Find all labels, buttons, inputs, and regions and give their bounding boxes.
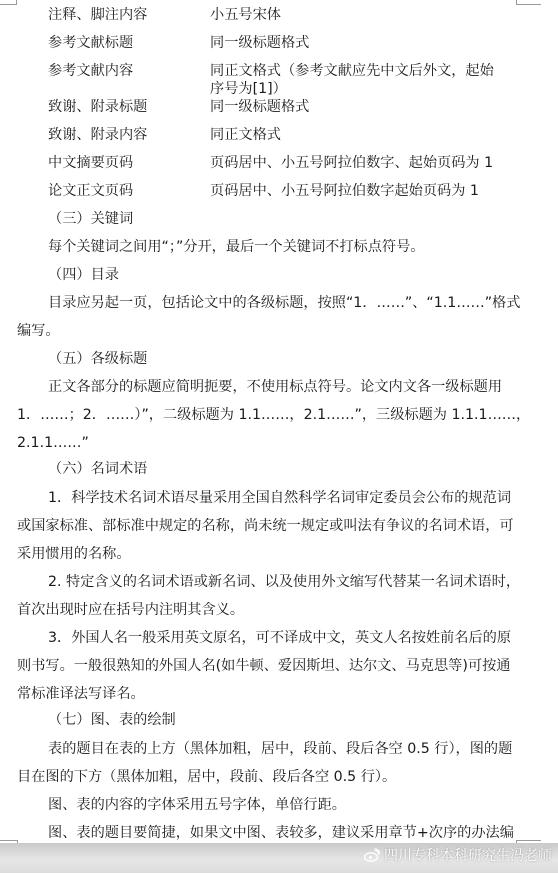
- table-cell-spec: 小五号宋体: [210, 6, 281, 24]
- paragraph-line: 表的题目在表的上方（黑体加粗，居中，段前、段后各空 0.5 行），图的题: [48, 740, 512, 758]
- paragraph-line: 则书写。一般很熟知的外国人名(如牛顿、爱因斯坦、达尔文、马克思等)可按通: [17, 657, 510, 675]
- paragraph-line: 图、表的题目要简捷，如果文中图、表较多，建议采用章节+次序的办法编: [48, 824, 514, 842]
- paragraph-line: 目录应另起一页，包括论文中的各级标题，按照“1．……”、“1.1……”格式: [48, 294, 520, 312]
- watermark-text: 四川专科本科研究生冯老师: [384, 848, 552, 864]
- paragraph-line: 或国家标准、部标准中规定的名称，尚未统一规定或叫法有争议的名词术语，可: [17, 517, 514, 535]
- table-cell-spec: 同一级标题格式: [210, 98, 309, 116]
- paragraph-line: 正文各部分的标题应简明扼要，不使用标点符号。论文内文各一级标题用: [48, 378, 502, 396]
- table-cell-spec: 页码居中、小五号阿拉伯数字、起始页码为 1: [210, 154, 493, 172]
- table-cell-item: 参考文献内容: [48, 62, 133, 80]
- document-page: 注释、脚注内容 小五号宋体 参考文献标题 同一级标题格式 参考文献内容 同正文格…: [0, 0, 558, 843]
- section-heading-figures: （七）图、表的绘制: [48, 711, 176, 729]
- section-heading-keywords: （三）关键词: [48, 210, 133, 228]
- watermark: 四川专科本科研究生冯老师: [364, 846, 552, 866]
- paragraph-line: 3．外国人名一般采用英文原名，可不译成中文，英文人名按姓前名后的原: [48, 629, 511, 647]
- paragraph-line: 采用惯用的名称。: [17, 545, 131, 563]
- table-cell-item: 致谢、附录内容: [48, 126, 147, 144]
- paragraph-line: 编写。: [17, 322, 60, 340]
- table-cell-spec: 页码居中、小五号阿拉伯数字起始页码为 1: [210, 182, 479, 200]
- table-cell-spec: 同正文格式: [210, 126, 281, 144]
- table-cell-item: 注释、脚注内容: [48, 6, 147, 24]
- table-cell-item: 中文摘要页码: [48, 154, 133, 172]
- paragraph-line: 1．科学技术名词术语尽量采用全国自然科学名词审定委员会公布的规范词: [48, 489, 511, 507]
- table-cell-item: 论文正文页码: [48, 182, 133, 200]
- paragraph-line: 1．……；2．……）”，二级标题为 1.1……，2.1……”，三级标题为 1.1…: [17, 406, 530, 424]
- weibo-icon: [364, 848, 380, 862]
- section-heading-toc: （四）目录: [48, 266, 119, 284]
- crop-mark-top-left: [0, 0, 17, 5]
- paragraph-line: 图、表的内容的字体采用五号字体，单倍行距。: [48, 796, 346, 814]
- crop-mark-top-right: [516, 0, 541, 5]
- paragraph-line: 2. 特定含义的名词术语或新名词、以及使用外文缩写代替某一名词术语时，: [48, 573, 520, 591]
- table-cell-spec-cont: 序号为[1]）: [210, 80, 287, 98]
- table-cell-spec: 同正文格式（参考文献应先中文后外文，起始: [210, 62, 494, 80]
- paragraph-line: 2.1.1……”: [17, 434, 89, 452]
- table-cell-item: 致谢、附录标题: [48, 98, 147, 116]
- table-cell-item: 参考文献标题: [48, 34, 133, 52]
- paragraph-line: 首次出现时应在括号内注明其含义。: [17, 601, 244, 619]
- section-heading-terms: （六）名词术语: [48, 460, 147, 478]
- section-heading-levels: （五）各级标题: [48, 350, 147, 368]
- paragraph-line: 每个关键词之间用“；”分开，最后一个关键词不打标点符号。: [48, 238, 424, 256]
- table-cell-spec: 同一级标题格式: [210, 34, 309, 52]
- paragraph-line: 常标准译法写译名。: [17, 685, 145, 703]
- paragraph-line: 目在图的下方（黑体加粗，居中，段前、段后各空 0.5 行）。: [17, 768, 396, 786]
